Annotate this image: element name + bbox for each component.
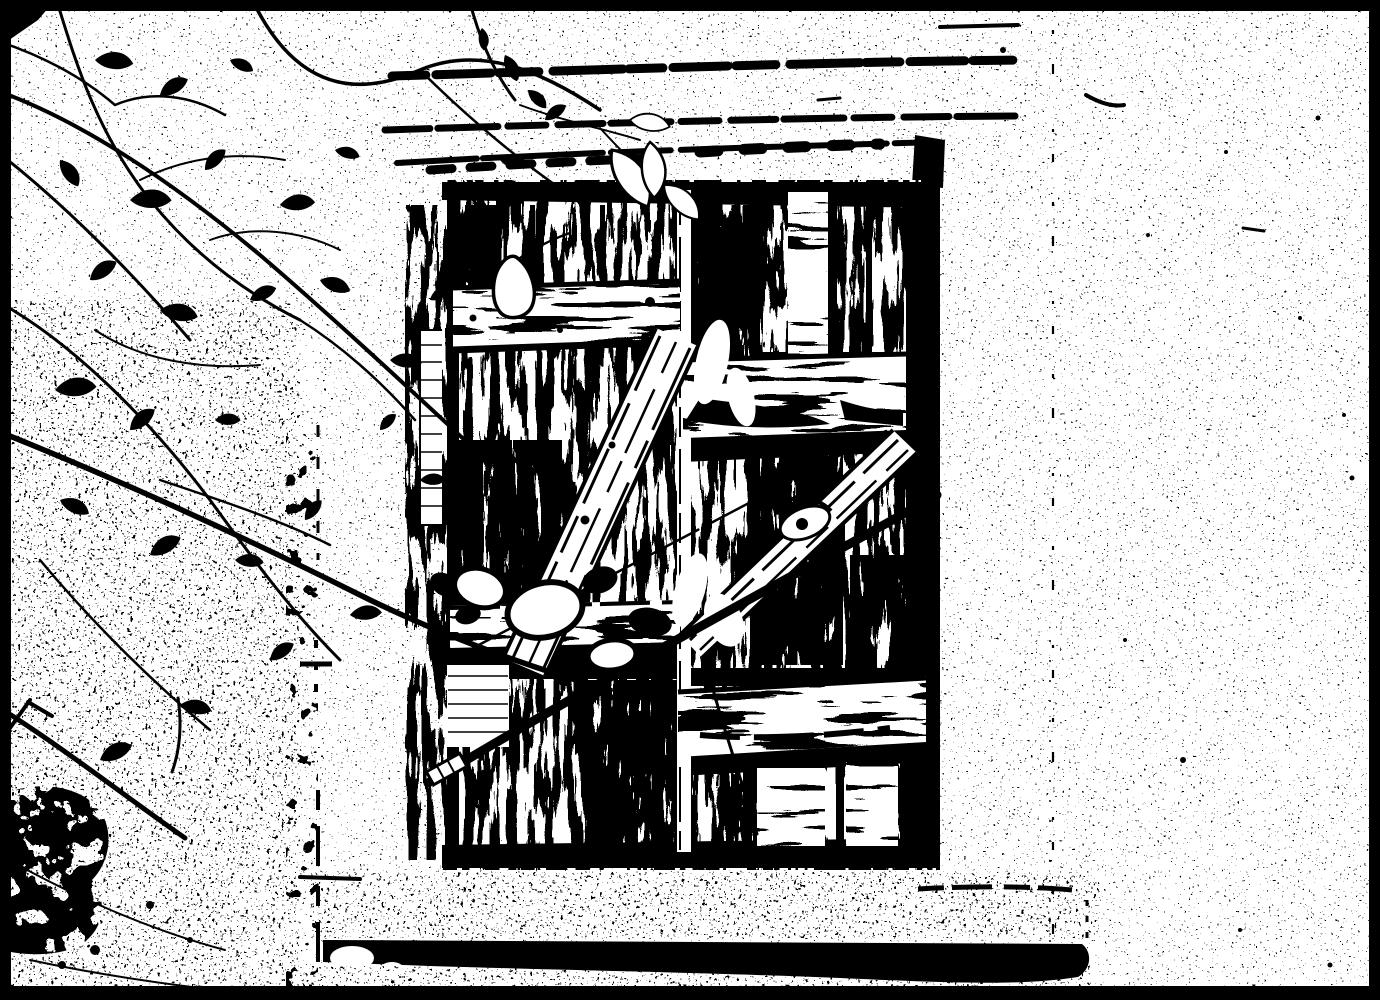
wall-mottled-patch (2, 786, 109, 954)
frame-reveal (405, 205, 447, 860)
sill (300, 872, 1100, 994)
photo: A thresholded black-and-white photograph… (0, 0, 1380, 1000)
photo-canvas (0, 0, 1380, 1000)
batten-upper-left (453, 279, 680, 352)
